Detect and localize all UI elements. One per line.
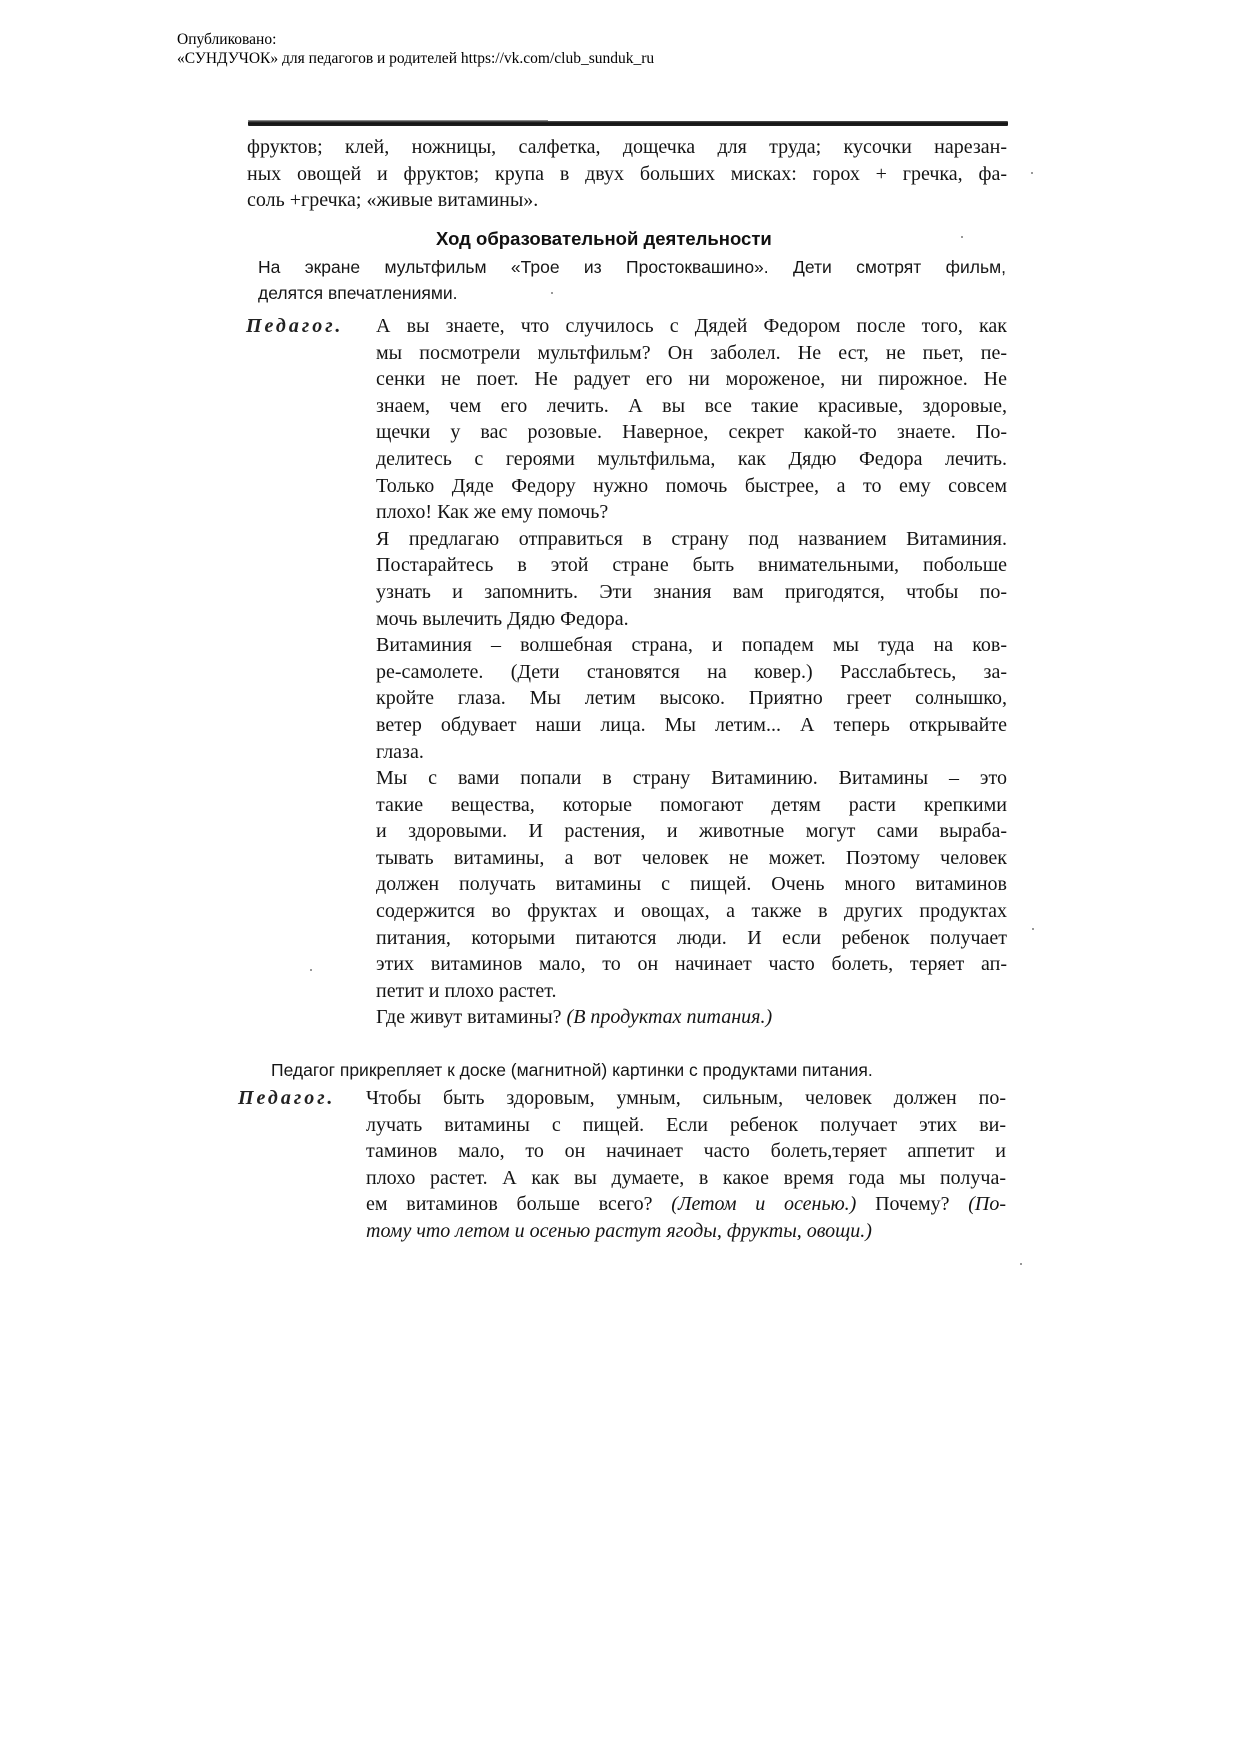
question-line: Где живут витамины? (В продуктах питания… [376,1004,1007,1031]
text-line: делитесь с героями мультфильма, как Дядю… [376,446,1007,473]
text-line: На экране мультфильм «Трое из Простокваш… [258,254,1006,280]
text-line: петит и плохо растет. [376,978,1007,1005]
teacher-dialogue-2: Чтобы быть здоровым, умным, сильным, чел… [366,1085,1006,1245]
text-line: соль +гречка; «живые витамины». [247,187,1007,214]
text-line: сенки не поет. Не радует его ни морожено… [376,366,1007,393]
publication-header: Опубликовано: «СУНДУЧОК» для педагогов и… [177,30,654,68]
text-line: делятся впечатлениями. [258,280,1006,306]
text-line: такие вещества, которые помогают детям р… [376,792,1007,819]
text-line: А вы знаете, что случилось с Дядей Федор… [376,313,1007,340]
text-line: плохо растет. А как вы думаете, в какое … [366,1165,1006,1192]
intro-paragraph: фруктов; клей, ножницы, салфетка, дощечк… [247,134,1007,214]
speaker-label-2: Педагог. [238,1087,335,1110]
text-line: ем витаминов больше всего? (Летом и осен… [366,1191,1006,1218]
text-line: таминов мало, то он начинает часто болет… [366,1138,1006,1165]
text-line: должен получать витамины с пищей. Очень … [376,871,1007,898]
text-line: глаза. [376,739,1007,766]
narration-paragraph: На экране мультфильм «Трое из Простокваш… [258,254,1006,306]
narration-paragraph-2: Педагог прикрепляет к доске (магнитной) … [271,1057,873,1083]
question-text: ем витаминов больше всего? [366,1193,653,1215]
text-line: лучать витамины с пищей. Если ребенок по… [366,1112,1006,1139]
text-line: Мы с вами попали в страну Витаминию. Вит… [376,765,1007,792]
text-line: ных овощей и фруктов; крупа в двух больш… [247,161,1007,188]
question-text: Почему? [875,1193,949,1215]
text-line: знаем, чем его лечить. А вы все такие кр… [376,393,1007,420]
text-line: ветер обдувает наши лица. Мы летим... А … [376,712,1007,739]
text-line: мочь вылечить Дядю Федора. [376,606,1007,633]
scan-speck [961,236,963,238]
text-line: фруктов; клей, ножницы, салфетка, дощечк… [247,134,1007,161]
scan-speck [551,292,553,294]
text-line: этих витаминов мало, то он начинает част… [376,951,1007,978]
speaker-label: Педагог. [246,315,343,338]
text-line: и здоровыми. И растения, и животные могу… [376,818,1007,845]
text-line: тывать витамины, а вот человек не может.… [376,845,1007,872]
text-line: ре-самолете. (Дети становятся на ковер.)… [376,659,1007,686]
scan-speck [1032,928,1034,930]
scan-speck [1031,172,1033,174]
answer-text: тому что летом и осенью растут ягоды, фр… [366,1218,1006,1245]
teacher-dialogue: А вы знаете, что случилось с Дядей Федор… [376,313,1007,1031]
text-line: Я предлагаю отправиться в страну под наз… [376,526,1007,553]
scan-speck [1020,1263,1022,1265]
text-line: мы посмотрели мультфильм? Он заболел. Не… [376,340,1007,367]
text-line: Постарайтесь в этой стране быть внимател… [376,552,1007,579]
text-line: Витаминия – волшебная страна, и попадем … [376,632,1007,659]
text-line: Только Дяде Федору нужно помочь быстрее,… [376,473,1007,500]
text-line: щечки у вас розовые. Наверное, секрет ка… [376,419,1007,446]
section-heading: Ход образовательной деятельности [436,228,772,250]
text-line: содержится во фруктах и овощах, а также … [376,898,1007,925]
top-rule [248,121,1008,126]
question-text: Где живут витамины? [376,1006,562,1028]
text-line: кройте глаза. Мы летим высоко. Приятно г… [376,685,1007,712]
answer-text: (В продуктах питания.) [567,1006,773,1028]
scan-speck [310,969,312,971]
publisher-source: «СУНДУЧОК» для педагогов и родителей htt… [177,49,654,68]
published-label: Опубликовано: [177,30,654,49]
text-line: плохо! Как же ему помочь? [376,499,1007,526]
text-line: узнать и запомнить. Эти знания вам приго… [376,579,1007,606]
answer-text: (Летом и осенью.) [671,1193,856,1215]
text-line: Чтобы быть здоровым, умным, сильным, чел… [366,1085,1006,1112]
answer-text: (По- [968,1193,1006,1215]
text-line: питания, которыми питаются люди. И если … [376,925,1007,952]
